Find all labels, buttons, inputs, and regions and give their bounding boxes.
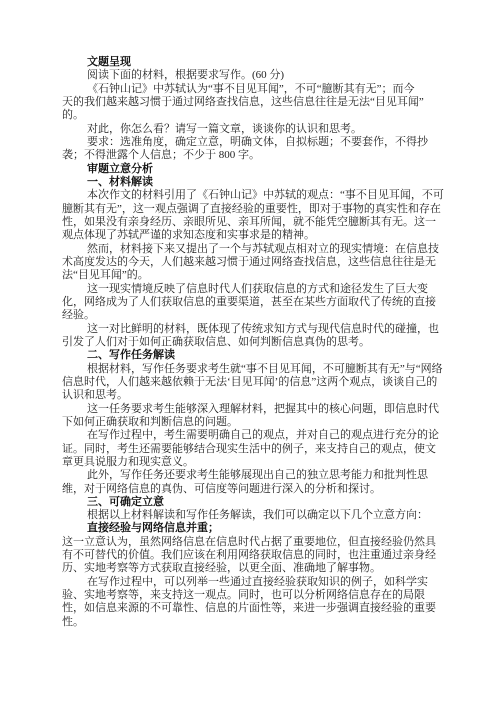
- text-line: 经验。: [62, 309, 440, 322]
- heading-line: 文题呈现: [62, 56, 440, 69]
- text-line: 《石钟山记》中苏轼认为“事不目见耳闻”，不可“臆断其有无”；而今: [62, 83, 440, 96]
- text-line: 袭；不得泄露个人信息；不少于 800 字。: [62, 149, 440, 162]
- text-block: 文题呈现阅读下面的材料，根据要求写作。(60 分)《石钟山记》中苏轼认为“事不目…: [62, 56, 440, 629]
- text-line: 臆断其有无”，这一观点强调了直接经验的重要性，即对于事物的真实性和存在: [62, 203, 440, 216]
- text-line: 性。: [62, 616, 440, 629]
- heading-line: 直接经验与网络信息并重；: [62, 522, 440, 535]
- text-line: 性，如果没有亲身经历、亲眼所见、亲耳所闻，就不能凭空臆断其有无。这一: [62, 216, 440, 229]
- text-line: 要求：选准角度，确定立意，明确文体，自拟标题；不要套作，不得抄: [62, 136, 440, 149]
- text-line: 这一现实情境反映了信息时代人们获取信息的方式和途径发生了巨大变: [62, 283, 440, 296]
- text-line: 化，网络成为了人们获取信息的重要渠道，甚至在某些方面取代了传统的直接: [62, 296, 440, 309]
- text-line: 历、实地考察等方式获取直接经验，以更全面、准确地了解事物。: [62, 562, 440, 575]
- text-line: 有不可替代的价值。我们应该在利用网络获取信息的同时，也注重通过亲身经: [62, 549, 440, 562]
- text-line: 根据以上材料解读和写作任务解读，我们可以确定以下几个立意方向：: [62, 509, 440, 522]
- heading-line: 三、可确定立意: [62, 496, 440, 509]
- text-line: 阅读下面的材料，根据要求写作。(60 分): [62, 69, 440, 82]
- text-line: 天的我们越来越习惯于通过网络查找信息，这些信息往往是无法“目见耳闻”: [62, 96, 440, 109]
- text-line: 认识和思考。: [62, 389, 440, 402]
- text-line: 下如何正确获取和判断信息的问题。: [62, 416, 440, 429]
- text-line: 这一对比鲜明的材料，既体现了传统求知方式与现代信息时代的碰撞，也: [62, 323, 440, 336]
- text-line: 根据材料，写作任务要求考生就“事不目见耳闻，不可臆断其有无”与“网络: [62, 363, 440, 376]
- text-line: 在写作过程中，考生需要明确自己的观点，并对自己的观点进行充分的论: [62, 429, 440, 442]
- text-line: 术高度发达的今天，人们越来越习惯于通过网络查找信息，这些信息往往是无: [62, 256, 440, 269]
- text-line: 在写作过程中，可以列举一些通过直接经验获取知识的例子，如科学实: [62, 576, 440, 589]
- text-line: 然而，材料接下来又提出了一个与苏轼观点相对立的现实情境：在信息技: [62, 243, 440, 256]
- text-line: 此外，写作任务还要求考生能够展现出自己的独立思考能力和批判性思: [62, 469, 440, 482]
- text-line: 这一立意认为，虽然网络信息在信息时代占据了重要地位，但直接经验仍然具: [62, 536, 440, 549]
- text-line: 观点体现了苏轼严谨的求知态度和实事求是的精神。: [62, 229, 440, 242]
- text-line: 验、实地考察等，来支持这一观点。同时，也可以分析网络信息存在的局限: [62, 589, 440, 602]
- heading-line: 一、材料解读: [62, 176, 440, 189]
- text-line: 证。同时，考生还需要能够结合现实生活中的例子，来支持自己的观点，使文: [62, 443, 440, 456]
- text-line: 这一任务要求考生能够深入理解材料，把握其中的核心问题，即信息时代: [62, 403, 440, 416]
- text-line: 性，如信息来源的不可靠性、信息的片面性等，来进一步强调直接经验的重要: [62, 602, 440, 615]
- text-line: 本次作文的材料引用了《石钟山记》中苏轼的观点：“事不目见耳闻，不可: [62, 189, 440, 202]
- heading-line: 二、写作任务解读: [62, 349, 440, 362]
- text-line: 维，对于网络信息的真伪、可信度等问题进行深入的分析和探讨。: [62, 483, 440, 496]
- text-line: 对此，你怎么看？请写一篇文章，谈谈你的认识和思考。: [62, 123, 440, 136]
- text-line: 信息时代，人们越来越依赖于无法‘目见耳闻’的信息”这两个观点，谈谈自己的: [62, 376, 440, 389]
- text-line: 的。: [62, 109, 440, 122]
- heading-line: 审题立意分析: [62, 163, 440, 176]
- text-line: 引发了人们对于如何正确获取信息、如何判断信息真伪的思考。: [62, 336, 440, 349]
- text-line: 章更具说服力和现实意义。: [62, 456, 440, 469]
- text-line: 法“目见耳闻”的。: [62, 269, 440, 282]
- document-page: 文题呈现阅读下面的材料，根据要求写作。(60 分)《石钟山记》中苏轼认为“事不目…: [0, 0, 500, 707]
